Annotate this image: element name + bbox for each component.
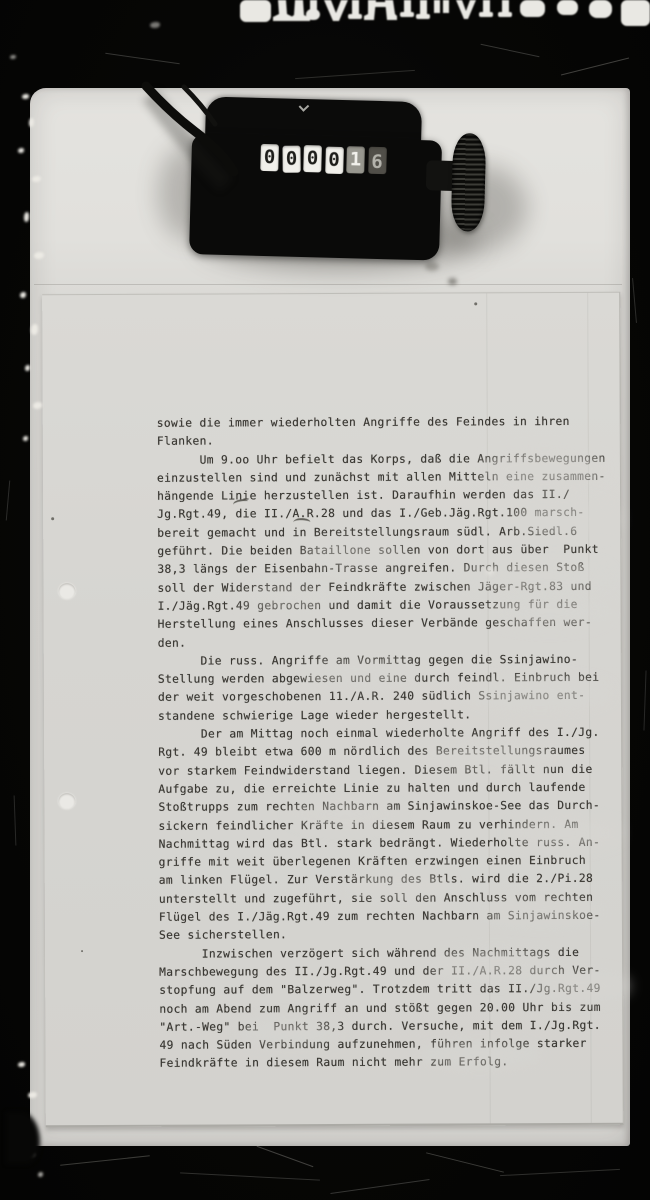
film-scratch	[481, 44, 540, 57]
film-scratch	[500, 1169, 620, 1176]
typed-line: hängende Linie herzustellen ist. Daraufh…	[157, 486, 627, 506]
counter-digit-window: 000016	[260, 144, 386, 174]
dust-fiber	[38, 1172, 43, 1177]
ink-speck	[51, 517, 54, 520]
typed-line: stopfung auf dem "Balzerweg". Trotzdem t…	[159, 980, 629, 1000]
typed-line: geführt. Die beiden Bataillone sollen vo…	[157, 541, 627, 561]
typed-line: Der am Mittag noch einmal wiederholte An…	[158, 724, 628, 744]
counter-digit: 6	[368, 147, 387, 174]
ink-speck	[81, 950, 83, 952]
counter-digit: 0	[282, 146, 300, 173]
frame-counter-device: 000016	[184, 92, 498, 270]
card-smudge	[448, 278, 457, 285]
typed-line: am linken Flügel. Zur Verstärkung des Bt…	[159, 870, 629, 890]
counter-digit: 0	[303, 145, 322, 172]
dust-fiber	[22, 94, 29, 99]
typed-text-block: sowie die immer wiederholten Angriffe de…	[157, 413, 630, 1074]
typed-line: sowie die immer wiederholten Angriffe de…	[157, 413, 627, 433]
typed-line: Jg.Rgt.49, die II./A.R.28 und das I./Geb…	[157, 504, 627, 524]
film-scratch	[105, 53, 179, 64]
ink-speck	[474, 302, 477, 305]
dust-fiber	[18, 1062, 25, 1067]
typed-line: soll der Widerstand der Feindkräfte zwis…	[157, 577, 627, 597]
typed-line: Feindkräfte in diesem Raum nicht mehr zu…	[160, 1053, 630, 1073]
counter-knurled-knob	[451, 133, 487, 232]
typed-line: griffe mit weit überlegenen Kräften erzw…	[159, 852, 629, 872]
typed-line: bereit gemacht und in Bereitstellungsrau…	[157, 522, 627, 542]
film-scratch	[330, 1179, 429, 1194]
typed-line: vor starkem Feindwiderstand liegen. Dies…	[158, 760, 628, 780]
typed-line: den.	[158, 632, 628, 652]
typed-line: Um 9.oo Uhr befielt das Korps, daß die A…	[157, 449, 627, 469]
typed-line: der weit vorgeschobenen 11./A.R. 240 süd…	[158, 687, 628, 707]
document-page: sowie die immer wiederholten Angriffe de…	[42, 292, 624, 1128]
punch-hole	[58, 583, 75, 599]
typed-line: 38,3 längs der Eisenbahn-Trasse angreife…	[157, 559, 627, 579]
typed-line: Flügel des I./Jäg.Rgt.49 zum rechten Nac…	[159, 907, 629, 927]
dust-fiber	[150, 22, 160, 28]
backdrop-card-edge	[34, 284, 622, 285]
film-scratch	[257, 1146, 314, 1167]
film-scratch	[60, 1155, 150, 1165]
film-scratch	[6, 481, 10, 521]
typed-line: I./Jäg.Rgt.49 gebrochen und damit die Vo…	[158, 596, 628, 616]
typed-line: einzustellen sind und zunächst mit allen…	[157, 468, 627, 488]
counter-digit: 0	[260, 144, 279, 171]
typed-line: Flanken.	[157, 431, 627, 451]
film-scratch	[561, 58, 629, 76]
dust-fiber	[20, 292, 26, 298]
film-scratch	[632, 278, 637, 323]
typed-line: Stoßtrupps zum rechten Nachbarn am Sinja…	[158, 797, 628, 817]
card-smudge	[486, 568, 494, 575]
typed-line: 49 nach Süden Verbindung aufzunehmen, fü…	[159, 1035, 629, 1055]
dust-fiber	[23, 436, 28, 441]
typed-line: Rgt. 49 bleibt etwa 600 m nördlich des B…	[158, 742, 628, 762]
punch-hole	[58, 793, 75, 809]
typed-line: Nachmittag wird das Btl. stark bedrängt.…	[159, 834, 629, 854]
typed-line: Die russ. Angriffe am Vormittag gegen di…	[158, 651, 628, 671]
typed-line: standene schwierige Lage wieder hergeste…	[158, 705, 628, 725]
typed-line: "Art.-Weg" bei Punkt 38,3 durch. Versuch…	[159, 1017, 629, 1037]
typed-line: Aufgabe zu, die erreichte Linie zu halte…	[158, 779, 628, 799]
counter-digit: 1	[346, 146, 365, 173]
film-edge-print-icon	[0, 0, 650, 32]
typed-line: Marschbewegung des II./Jg.Rgt.49 und der…	[159, 962, 629, 982]
typed-line: See sicherstellen.	[159, 925, 629, 945]
typed-line: unterstellt und zugeführt, sie soll den …	[159, 888, 629, 908]
typed-line: sickern feindlicher Kräfte in diesem Rau…	[158, 815, 628, 835]
film-scratch	[295, 70, 415, 79]
microfilm-frame: sowie die immer wiederholten Angriffe de…	[0, 0, 650, 1200]
film-scratch	[180, 1172, 320, 1180]
film-scratch	[643, 671, 646, 731]
film-scratch	[426, 1152, 504, 1172]
dust-fiber	[10, 55, 16, 59]
dust-fiber	[18, 148, 24, 153]
typed-line: Inzwischen verzögert sich während des Na…	[159, 943, 629, 963]
dust-fiber	[24, 212, 29, 222]
counter-digit: 0	[325, 147, 344, 174]
film-scratch	[14, 795, 17, 845]
typed-line: Herstellung eines Anschlusses dieser Ver…	[158, 614, 628, 634]
typed-line: Stellung werden abgewiesen und eine durc…	[158, 669, 628, 689]
typed-line: noch am Abend zum Angriff an und stößt g…	[159, 998, 629, 1018]
